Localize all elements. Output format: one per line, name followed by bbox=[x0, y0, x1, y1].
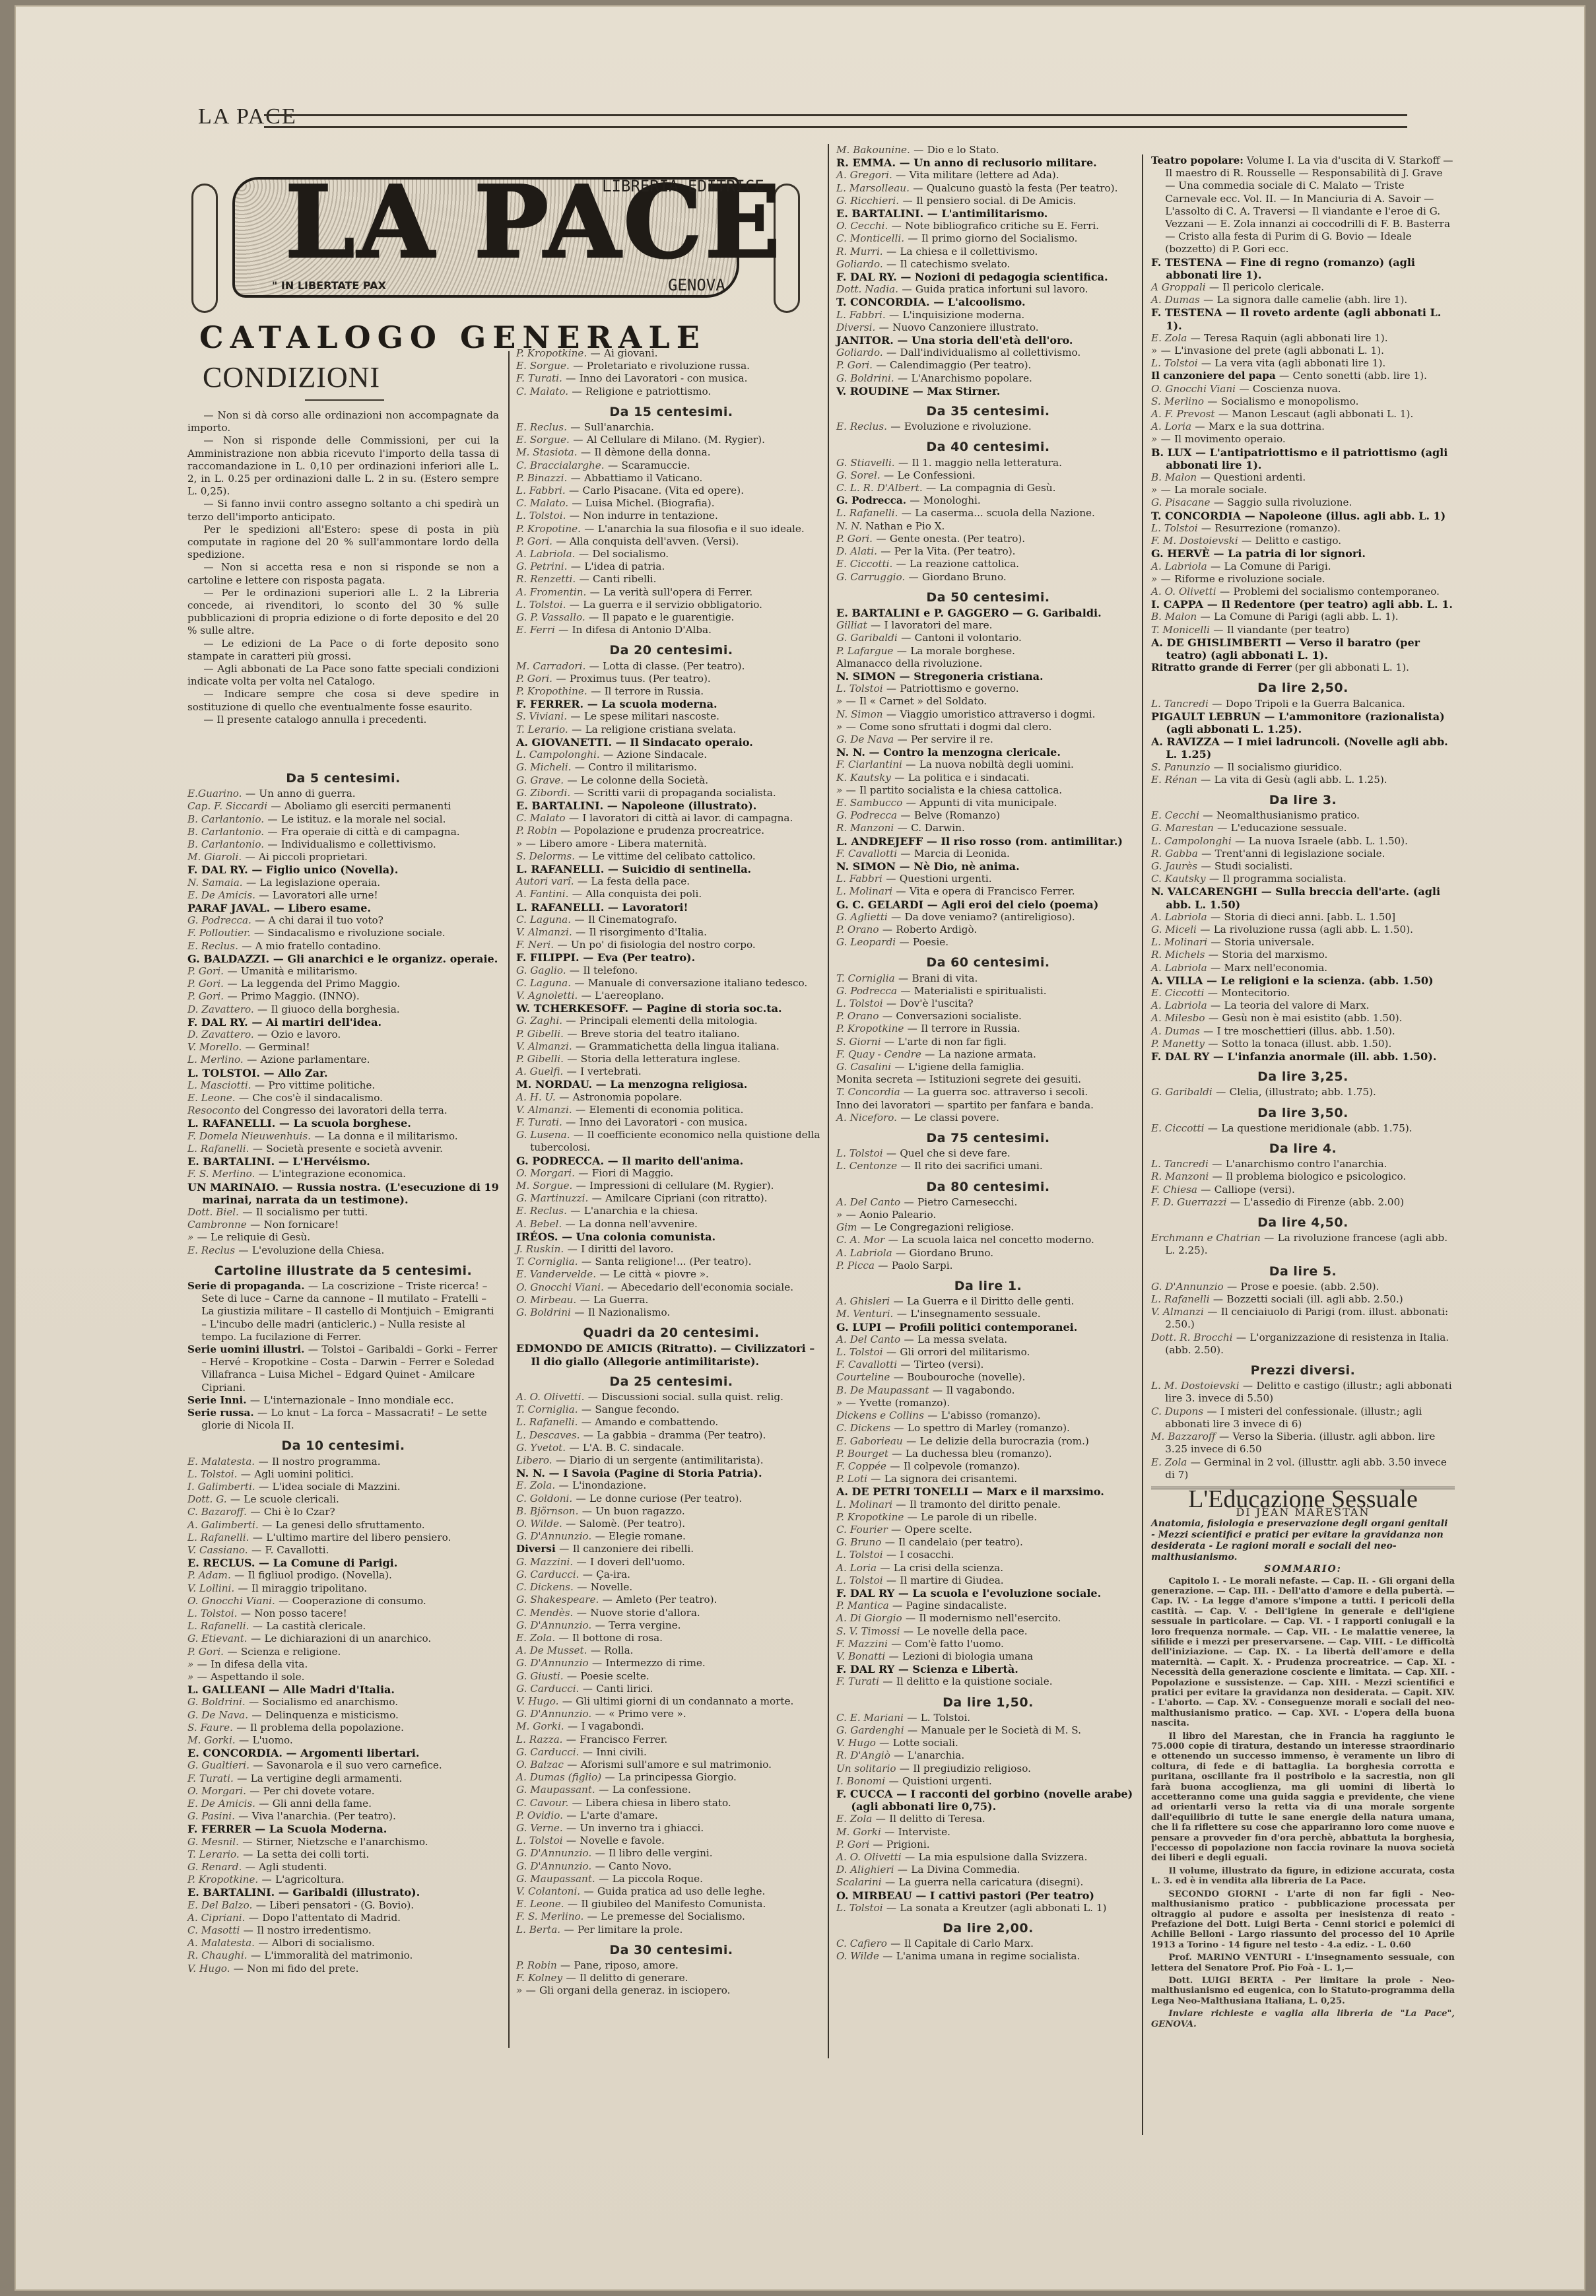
entry-author: G. HERVÈ bbox=[1151, 547, 1210, 560]
catalog-entry: P. Lafargue—La morale borghese. bbox=[836, 645, 1140, 658]
catalog-entry: E. Reclus.—A mio fratello contadino. bbox=[187, 940, 499, 953]
entry-title: Socialismo e monopolismo. bbox=[1221, 395, 1359, 407]
entry-author: E. Sorgue. bbox=[516, 434, 570, 446]
entry-author: G. Boldrini. bbox=[187, 1696, 246, 1708]
entry-author: E. Sorgue. bbox=[516, 360, 570, 372]
entry-title: Tirteo (versi). bbox=[914, 1359, 983, 1370]
entry-author: Ritratto grande di Ferrer bbox=[1151, 661, 1292, 673]
entry-author: » bbox=[187, 1658, 193, 1670]
catalog-entry: L. Berta.—Per limitare la prole. bbox=[516, 1924, 826, 1936]
entry-dash: — bbox=[1223, 735, 1234, 748]
entry-dash: — bbox=[242, 940, 251, 952]
entry-author: A. DE GHISLIMBERTI bbox=[1151, 636, 1282, 649]
entry-title: A chi darai il tuo voto? bbox=[269, 914, 383, 926]
entry-author: F. Cavallotti bbox=[836, 1359, 897, 1370]
catalog-entry: G. Marestan—L'educazione sessuale. bbox=[1151, 822, 1455, 834]
entry-author: G. Casalini bbox=[836, 1061, 891, 1073]
catalog-entry: P. Gori—Prigioni. bbox=[836, 1839, 1140, 1851]
entry-author: L. Tolstoi bbox=[836, 1147, 883, 1159]
catalog-entry: G. C. GELARDI—Agli eroi del cielo (poema… bbox=[836, 898, 1140, 911]
entry-dash: — bbox=[267, 838, 277, 850]
entry-author: V. Hugo. bbox=[187, 1963, 230, 1975]
catalog-entry: G. Carducci.—Ça-ira. bbox=[516, 1569, 826, 1581]
catalog-entry: E. Ferri—In difesa di Antonio D'Alba. bbox=[516, 624, 826, 636]
entry-author: G. Mazzini. bbox=[516, 1556, 573, 1568]
entry-author: F. Kolney bbox=[516, 1972, 562, 1984]
entry-title: Alle Madri d'Italia. bbox=[283, 1683, 395, 1696]
entry-author: G. Garibaldi bbox=[1151, 1086, 1213, 1098]
entry-dash: — bbox=[572, 497, 582, 509]
entry-title: C. Darwin. bbox=[911, 822, 965, 834]
catalog-entry: G. Lusena.—Il coefficiente economico nel… bbox=[516, 1129, 826, 1154]
catalog-entry: A. O. Olivetti—La mia espulsione dalla S… bbox=[836, 1851, 1140, 1864]
entry-dash: — bbox=[197, 1658, 207, 1670]
entry-title: La crisi della scienza. bbox=[894, 1562, 1003, 1574]
entry-title: La vera vita (agli abbonati lire 1). bbox=[1214, 357, 1385, 369]
catalog-entry: L. Rafanelli.—La castità clericale. bbox=[187, 1620, 499, 1633]
entry-dash: — bbox=[595, 1847, 605, 1859]
catalog-entry: A. Ghisleri—La Guerra e il Diritto delle… bbox=[836, 1295, 1140, 1308]
entry-author: G. D'Annunzio bbox=[1151, 1281, 1224, 1293]
entry-dash: — bbox=[257, 1029, 267, 1040]
entry-author: A. Labriola bbox=[1151, 999, 1207, 1011]
catalog-entry: G. Mazzini.—I doveri dell'uomo. bbox=[516, 1556, 826, 1569]
catalog-entry: A. Gregori.—Vita militare (lettere ad Ad… bbox=[836, 169, 1140, 182]
entry-author: C. Masotti bbox=[187, 1924, 240, 1936]
entry-dash: — bbox=[566, 1518, 576, 1530]
catalog-entry: P. Robin—Popolazione e prudenza procreat… bbox=[516, 825, 826, 837]
entry-dash: — bbox=[846, 721, 856, 733]
catalog-entry: C. Laguna.—Manuale di conversazione ital… bbox=[516, 977, 826, 990]
catalog-entry: G. Renard.—Agli studenti. bbox=[187, 1861, 499, 1874]
entry-dash: — bbox=[914, 144, 923, 156]
entry-author: C. Goldoni. bbox=[516, 1493, 572, 1504]
entry-dash: — bbox=[595, 1708, 605, 1720]
entry-dash: — bbox=[886, 997, 896, 1009]
entry-dash: — bbox=[267, 826, 277, 838]
entry-author: P. Orano bbox=[836, 1010, 879, 1022]
entry-author: G. Pisacane bbox=[1151, 496, 1211, 508]
catalog-entry: L. RAFANELLI.—Suicidio di sentinella. bbox=[516, 863, 826, 875]
entry-author: G. Giusti. bbox=[516, 1670, 564, 1682]
entry-author: Un solitario bbox=[836, 1763, 896, 1774]
entry-dash: — bbox=[1203, 809, 1213, 821]
catalog-entry: Un solitario—Il pregiudizio religioso. bbox=[836, 1763, 1140, 1775]
entry-dash: — bbox=[886, 1147, 896, 1159]
entry-author: E.Guarino. bbox=[187, 788, 242, 799]
entry-author: A. Gregori. bbox=[836, 169, 892, 181]
catalog-entry: C. Dupons—I misteri del confessionale. (… bbox=[1151, 1405, 1455, 1431]
catalog-entry: »—Aonio Paleario. bbox=[836, 1209, 1140, 1221]
condition-paragraph: — Il presente catalogo annulla i precede… bbox=[187, 714, 499, 726]
entry-author: G. De Nava. bbox=[187, 1709, 248, 1721]
entry-author: F. Ciarlantini bbox=[836, 759, 902, 770]
entry-author: G. Maupassant. bbox=[516, 1784, 595, 1796]
entry-author: E. RECLUS. bbox=[187, 1557, 255, 1569]
entry-author: L. Rafanelli. bbox=[836, 507, 898, 519]
catalog-entry: G. Carruggio.—Giordano Bruno. bbox=[836, 571, 1140, 584]
entry-title: Per servire il re. bbox=[911, 733, 993, 745]
catalog-entry: Dott. Nadia.—Guida pratica infortuni sul… bbox=[836, 283, 1140, 296]
catalog-entry: S. Panunzio—Il socialismo giuridico. bbox=[1151, 761, 1455, 774]
catalog-entry: G. Maupassant.—La piccola Roque. bbox=[516, 1873, 826, 1885]
entry-dash: — bbox=[238, 1810, 248, 1822]
catalog-entry: »—Il « Carnet » del Soldato. bbox=[836, 695, 1140, 708]
catalog-entry: C. Malato—I lavoratori di città ai lavor… bbox=[516, 812, 826, 825]
entry-title: L'educazione sessuale. bbox=[1231, 822, 1347, 834]
entry-author: M. Gorki. bbox=[516, 1720, 564, 1732]
entry-author: P. Gibelli. bbox=[516, 1053, 564, 1065]
entry-author: F. CUCCA bbox=[836, 1788, 892, 1800]
entry-author: P. Gori. bbox=[836, 533, 873, 545]
catalog-entry: G. Podrecca—Materialisti e spiritualisti… bbox=[836, 985, 1140, 997]
catalog-entry: A. Dumas (figlio)—La principessa Giorgio… bbox=[516, 1771, 826, 1784]
entry-dash: — bbox=[885, 1321, 896, 1334]
entry-author: A. Loria bbox=[1151, 421, 1191, 432]
entry-author: A. Labriola bbox=[836, 1247, 892, 1259]
entry-author: F. Polloutier. bbox=[187, 927, 251, 939]
catalog-entry: P. Kropotkine—Il terrore in Russia. bbox=[836, 1023, 1140, 1035]
entry-author: L. Fabbri bbox=[836, 873, 882, 885]
entry-title: Poesie scelte. bbox=[580, 1670, 649, 1682]
entry-author: N. N. bbox=[836, 520, 862, 532]
entry-dash: — bbox=[599, 1873, 609, 1885]
entry-title: Pane, riposo, amore. bbox=[574, 1959, 679, 1971]
entry-author: F. Mazzini bbox=[836, 1638, 888, 1650]
entry-dash: — bbox=[246, 788, 255, 799]
entry-dash: — bbox=[583, 951, 593, 964]
entry-dash: — bbox=[927, 207, 938, 220]
catalog-entry: Teatro popolare: Volume I. La via d'usci… bbox=[1151, 154, 1455, 256]
entry-author: G. Yvetot. bbox=[516, 1442, 566, 1454]
entry-author: V. Almanzi. bbox=[516, 1040, 572, 1052]
entry-title: Che cos'è il sindacalismo. bbox=[252, 1092, 383, 1104]
catalog-entry: A. Dumas—I tre moschettieri (illus. abb.… bbox=[1151, 1025, 1455, 1038]
entry-dash: — bbox=[882, 1010, 892, 1022]
entry-title: Nathan e Pio X. bbox=[865, 520, 945, 532]
entry-title: Proximus tuus. (Per teatro). bbox=[570, 673, 711, 685]
entry-dash: — bbox=[566, 1809, 576, 1821]
entry-author: L. Centonze bbox=[836, 1160, 897, 1172]
entry-author: G. Gardenghi bbox=[836, 1724, 904, 1736]
entry-dash: — bbox=[582, 1403, 591, 1415]
entry-title: Abbattiamo il Vaticano. bbox=[584, 472, 702, 484]
entry-dash: — bbox=[251, 1016, 262, 1029]
catalog-entry: G. HERVÈ—La patria di lor signori. bbox=[1151, 547, 1455, 560]
entry-dash: — bbox=[890, 1938, 900, 1949]
entry-dash: — bbox=[574, 977, 584, 989]
catalog-entry: P. Kropotkine—Le parole di un ribelle. bbox=[836, 1511, 1140, 1524]
entry-dash: — bbox=[900, 156, 910, 169]
catalog-entry: Diversi.—Nuovo Canzoniere illustrato. bbox=[836, 321, 1140, 334]
price-section-heading: Quadri da 20 centesimi. bbox=[516, 1327, 826, 1339]
entry-author: O. Mirbeau. bbox=[516, 1294, 576, 1306]
catalog-entry: Scalarini—La guerra nella caricatura (di… bbox=[836, 1876, 1140, 1889]
entry-title: I cosacchi. bbox=[900, 1549, 954, 1561]
entry-dash: — bbox=[1212, 1158, 1222, 1170]
catalog-entry: Diversi—Il canzoniere dei ribelli. bbox=[516, 1543, 826, 1555]
entry-author: C. Laguna. bbox=[516, 977, 571, 989]
entry-author: P. Gori. bbox=[516, 673, 552, 685]
entry-dash: — bbox=[227, 990, 237, 1002]
entry-dash: — bbox=[607, 799, 618, 812]
catalog-entry: »—Aspettando il sole. bbox=[187, 1671, 499, 1683]
entry-title: Un po' di fisiologia del nostro corpo. bbox=[571, 939, 756, 951]
catalog-entry: P. Kropotkine.—L'agricoltura. bbox=[187, 1874, 499, 1886]
entry-author: L. Tolstoi. bbox=[187, 1607, 237, 1619]
catalog-entry: V. Hugo.—Non mi fido del prete. bbox=[187, 1963, 499, 1975]
entry-title: Studi socialisti. bbox=[1214, 860, 1292, 872]
entry-author: O. Balzac bbox=[516, 1759, 564, 1771]
catalog-entry: B. Malon—Questioni ardenti. bbox=[1151, 471, 1455, 484]
entry-title: L'immoralità del matrimonio. bbox=[264, 1949, 413, 1961]
catalog-entry: E. Reclus—L'evoluzione della Chiesa. bbox=[187, 1244, 499, 1257]
entry-title: L'idea sociale di Mazzini. bbox=[273, 1481, 401, 1493]
entry-dash: — bbox=[1201, 611, 1211, 623]
catalog-entry: G. BALDAZZI.—Gli anarchici e le organizz… bbox=[187, 953, 499, 965]
entry-title: Pro vittime politiche. bbox=[268, 1079, 375, 1091]
entry-dash: — bbox=[885, 1876, 895, 1888]
entry-title: Il dèmone della donna. bbox=[594, 446, 710, 458]
entry-dash: — bbox=[567, 1670, 577, 1682]
entry-title: I lavoratori di città ai lavor. di campa… bbox=[582, 812, 793, 824]
entry-dash: — bbox=[526, 1984, 536, 1996]
newspaper-page: LA PACE LA PACE LIBRERIA EDITRICE " IN L… bbox=[15, 5, 1585, 2291]
entry-author: M. Bakounine. bbox=[836, 144, 910, 156]
catalog-entry: A. GIOVANETTI.—Il Sindacato operaio. bbox=[516, 736, 826, 749]
entry-author: O. Gnocchi Viani. bbox=[187, 1595, 275, 1607]
entry-title: Il candelaio (per teatro). bbox=[898, 1536, 1023, 1548]
entry-dash: — bbox=[897, 1308, 907, 1320]
entry-author: L. Fabbri. bbox=[836, 309, 886, 321]
entry-dash: — bbox=[559, 1479, 569, 1491]
entry-dash: — bbox=[884, 469, 894, 481]
price-section-heading: Da lire 3,25. bbox=[1151, 1071, 1455, 1083]
catalog-entry: E. Zola.—Il bottone di rosa. bbox=[516, 1632, 826, 1644]
entry-author: E. BARTALINI e P. GAGGERO bbox=[836, 607, 1009, 619]
entry-author: L. Tolstoi bbox=[1151, 357, 1198, 369]
entry-author: » bbox=[1151, 573, 1157, 585]
entry-dash: — bbox=[1201, 1184, 1211, 1196]
entry-author: R. Michels bbox=[1151, 949, 1205, 961]
entry-dash: — bbox=[891, 1524, 901, 1536]
catalog-entry: R. Manzoni—Il problema biologico e psico… bbox=[1151, 1170, 1455, 1183]
catalog-entry: E. Zola—Germinal in 2 vol. (illusttr. ag… bbox=[1151, 1456, 1455, 1481]
entry-title: Religione e patriottismo. bbox=[585, 386, 711, 397]
entry-title: La menzogna religiosa. bbox=[610, 1078, 747, 1091]
column-divider bbox=[1142, 154, 1143, 2135]
entry-author: E. Reclus. bbox=[187, 940, 238, 952]
entry-title: L'A. B. C. sindacale. bbox=[583, 1442, 684, 1454]
entry-dash: — bbox=[583, 1746, 593, 1758]
entry-title: Discussioni social. sulla quist. relig. bbox=[601, 1391, 783, 1403]
entry-title: Del socialismo. bbox=[592, 548, 669, 560]
entry-dash: — bbox=[259, 1481, 269, 1493]
entry-dash: — bbox=[898, 733, 908, 745]
entry-title: Quistioni urgenti. bbox=[902, 1775, 992, 1787]
entry-title: L'uomo. bbox=[252, 1734, 292, 1746]
entry-author: S. Giorni bbox=[836, 1036, 881, 1048]
entry-dash: — bbox=[251, 1633, 261, 1644]
entry-dash: — bbox=[567, 1028, 577, 1040]
entry-title: L'assedio di Firenze (abb. 2.00) bbox=[1244, 1196, 1404, 1208]
price-section-heading: Da 15 centesimi. bbox=[516, 406, 826, 419]
entry-dash: — bbox=[886, 347, 896, 358]
entry-dash: — bbox=[891, 911, 901, 923]
entry-author: A. Dumas (figlio) bbox=[516, 1771, 601, 1783]
conditions-rule bbox=[305, 399, 384, 401]
catalog-entry: V. Almanzi.—Elementi di economia politic… bbox=[516, 1104, 826, 1116]
entry-author: F. DAL RY. bbox=[187, 1016, 248, 1029]
entry-title: Viaggio umoristico attraverso i dogmi. bbox=[900, 708, 1095, 720]
catalog-entry: B. LUX—L'antipatriottismo e il patriotti… bbox=[1151, 446, 1455, 471]
entry-dash: — bbox=[890, 1460, 900, 1472]
entry-dash: — bbox=[1161, 573, 1171, 585]
entry-title: La morale sociale. bbox=[1174, 484, 1267, 496]
entry-dash: — bbox=[584, 523, 594, 535]
entry-dash: — bbox=[1201, 522, 1211, 534]
entry-title: Il terrore in Russia. bbox=[605, 685, 704, 697]
entry-title: I tre moschettieri (illus. abb. 1.50). bbox=[1217, 1025, 1395, 1037]
entry-title: Principali elementi della mitologia. bbox=[580, 1015, 758, 1027]
entry-dash: — bbox=[250, 1394, 260, 1406]
entry-title: Savonarola e il suo vero carnefice. bbox=[267, 1759, 442, 1771]
entry-title: Popolazione e prudenza procreatrice. bbox=[574, 825, 765, 836]
entry-title: Le Congregazioni religiose. bbox=[874, 1221, 1014, 1233]
catalog-entry: L. M. Dostoievski—Delitto e castigo (ill… bbox=[1151, 1380, 1455, 1405]
catalog-entry: G. Carducci.—Inni civili. bbox=[516, 1746, 826, 1759]
entry-dash: — bbox=[896, 885, 906, 897]
entry-author: C. Monticelli. bbox=[836, 232, 904, 244]
entry-author: B. Malon bbox=[1151, 611, 1197, 623]
catalog-entry: B. Björnson.—Un buon ragazzo. bbox=[516, 1505, 826, 1518]
entry-dash: — bbox=[234, 1569, 244, 1581]
entry-dash: — bbox=[197, 1671, 207, 1683]
entry-dash: — bbox=[576, 1040, 585, 1052]
catalog-entry: G. Grave.—Le colonne della Società. bbox=[516, 774, 826, 787]
entry-author: A. Fantini. bbox=[516, 888, 568, 900]
catalog-entry: N. SIMON—Nè Dio, nè anima. bbox=[836, 860, 1140, 873]
entry-author: B. Björnson. bbox=[516, 1505, 578, 1517]
entry-dash: — bbox=[605, 1771, 615, 1783]
catalog-column-4: Teatro popolare: Volume I. La via d'usci… bbox=[1151, 154, 1455, 2029]
entry-author: » bbox=[1151, 345, 1157, 356]
catalog-entry: L. Rafanelli.—Amando e combattendo. bbox=[516, 1416, 826, 1429]
entry-dash: — bbox=[559, 1632, 569, 1644]
catalog-entry: A. Labriola—La Comune di Parigi. bbox=[1151, 560, 1455, 573]
entry-title: La sonata a Kreutzer (agli abbonati L. 1… bbox=[900, 1902, 1106, 1914]
catalog-entry: C. Dickens.—Novelle. bbox=[516, 1581, 826, 1594]
entry-title: Nozioni di pedagogia scientifica. bbox=[915, 271, 1108, 283]
entry-author: F. S. Merlino. bbox=[516, 1910, 583, 1922]
entry-title: Una colonia comunista. bbox=[576, 1231, 715, 1243]
entry-author: G. Maupassant. bbox=[516, 1873, 595, 1885]
catalog-entry: P. Gori.—Proximus tuus. (Per teatro). bbox=[516, 673, 826, 685]
entry-author: G. Garibaldi bbox=[836, 632, 898, 644]
entry-dash: — bbox=[933, 296, 944, 308]
price-section-heading: Da lire 2,50. bbox=[1151, 682, 1455, 694]
entry-title: Napoleone (illus. agli abb. L. 1) bbox=[1259, 510, 1446, 522]
entry-title: Il partito socialista e la chiesa cattol… bbox=[859, 784, 1062, 796]
catalog-entry: L. Fabbri.—Carlo Pisacane. (Vita ed oper… bbox=[516, 485, 826, 497]
catalog-entry: P. Ovidio.—L'arte d'amare. bbox=[516, 1809, 826, 1822]
catalog-entry: L. Campolonghi.—Azione Sindacale. bbox=[516, 749, 826, 761]
entry-title: Poesie. bbox=[913, 936, 948, 948]
entry-title: Alla conquista dell'avven. (Versi). bbox=[570, 535, 739, 547]
entry-dash: — bbox=[560, 1959, 570, 1971]
entry-title: L'anarchia e la chiesa. bbox=[584, 1205, 698, 1217]
entry-title: Nè Dio, nè anima. bbox=[914, 860, 1019, 873]
entry-dash: — bbox=[558, 624, 568, 636]
entry-author: G. Petrini. bbox=[516, 560, 567, 572]
catalog-entry: G. Podrecca—Belve (Romanzo) bbox=[836, 809, 1140, 822]
catalog-entry: A. Niceforo.—Le classi povere. bbox=[836, 1112, 1140, 1124]
entry-title: La duchessa bleu (romanzo). bbox=[906, 1448, 1052, 1460]
entry-author: F. Domela Nieuwenhuis. bbox=[187, 1130, 311, 1142]
catalog-entry: P. Gori.—Umanità e militarismo. bbox=[187, 965, 499, 978]
catalog-entry: E. Cecchi—Neomalthusianismo pratico. bbox=[1151, 809, 1455, 822]
entry-title: Il risorgimento d'Italia. bbox=[589, 926, 707, 938]
entry-author: P. Lafargue bbox=[836, 645, 893, 657]
entry-title: Il programma socialista. bbox=[1222, 873, 1346, 885]
catalog-entry: N. N.—I Savoia (Pagine di Storia Patria)… bbox=[516, 1467, 826, 1479]
entry-dash: — bbox=[562, 1695, 572, 1707]
entry-dash: — bbox=[892, 220, 902, 232]
catalog-entry: A. Cipriani.—Dopo l'attentato di Madrid. bbox=[187, 1912, 499, 1924]
entry-dash: — bbox=[1212, 698, 1222, 710]
entry-author: E. Zola bbox=[1151, 332, 1187, 344]
catalog-entry: E. Del Balzo.—Liberi pensatori - (G. Bov… bbox=[187, 1899, 499, 1912]
entry-title: Il riso rosso (rom. antimilitar.) bbox=[941, 835, 1122, 848]
entry-dash: — bbox=[573, 360, 583, 372]
entry-dash: — bbox=[589, 611, 599, 623]
entry-title: La Comune di Parigi. bbox=[1224, 560, 1331, 572]
entry-dash: — bbox=[566, 1015, 576, 1027]
entry-title: Le delizie della burocrazia (rom.) bbox=[920, 1435, 1089, 1447]
catalog-entry: P. Gori.—Alla conquista dell'avven. (Ver… bbox=[516, 535, 826, 548]
entry-title: Questioni ardenti. bbox=[1214, 471, 1306, 483]
catalog-entry: A. Galimberti.—La genesi dello sfruttame… bbox=[187, 1519, 499, 1532]
catalog-entry: A. Labriola—Storia di dieci anni. [abb. … bbox=[1151, 911, 1455, 924]
entry-title: La setta dei colli torti. bbox=[257, 1848, 370, 1860]
catalog-entry: A. Labriola.—Del socialismo. bbox=[516, 548, 826, 560]
ad-sommario-text: Capitolo I. - Le morali nefaste. — Cap. … bbox=[1151, 1576, 1455, 1729]
catalog-entry: A. Loria—Marx e la sua dottrina. bbox=[1151, 421, 1455, 433]
entry-dash: — bbox=[898, 1864, 908, 1875]
entry-author: D. Zavattero. bbox=[187, 1029, 254, 1040]
entry-title: Il socialismo per tutti. bbox=[256, 1206, 368, 1218]
entry-title: La gabbia – dramma (Per teatro). bbox=[597, 1429, 766, 1441]
entry-dash: — bbox=[251, 1544, 261, 1556]
entry-dash: — bbox=[258, 1456, 268, 1468]
catalog-entry: A. Del Canto—Pietro Carnesecchi. bbox=[836, 1196, 1140, 1209]
entry-author: E. De Amicis. bbox=[187, 889, 255, 901]
catalog-entry: P. Picca—Paolo Sarpi. bbox=[836, 1260, 1140, 1272]
catalog-entry: E. Sorgue.—Proletariato e rivoluzione ru… bbox=[516, 360, 826, 372]
entry-title: I lavoratori del mare. bbox=[884, 619, 993, 631]
entry-title: Resurrezione (romanzo). bbox=[1214, 522, 1341, 534]
entry-dash: — bbox=[256, 1899, 266, 1911]
catalog-entry: G. Mesnil.—Stirner, Nietzsche e l'anarch… bbox=[187, 1836, 499, 1848]
entry-title: Gesù non è mai esistito (abb. 1.50). bbox=[1222, 1012, 1402, 1024]
entry-title: Le spese militari nascoste. bbox=[584, 710, 719, 722]
catalog-entry: L. Molinari—Il tramonto del diritto pena… bbox=[836, 1499, 1140, 1511]
entry-dash: — bbox=[1213, 1293, 1223, 1305]
entry-title: Il pericolo clericale. bbox=[1222, 281, 1324, 293]
entry-dash: — bbox=[567, 1759, 577, 1771]
catalog-entry: D. Alighieri—La Divina Commedia. bbox=[836, 1864, 1140, 1876]
entry-author: L. Rafanelli. bbox=[187, 1532, 249, 1543]
